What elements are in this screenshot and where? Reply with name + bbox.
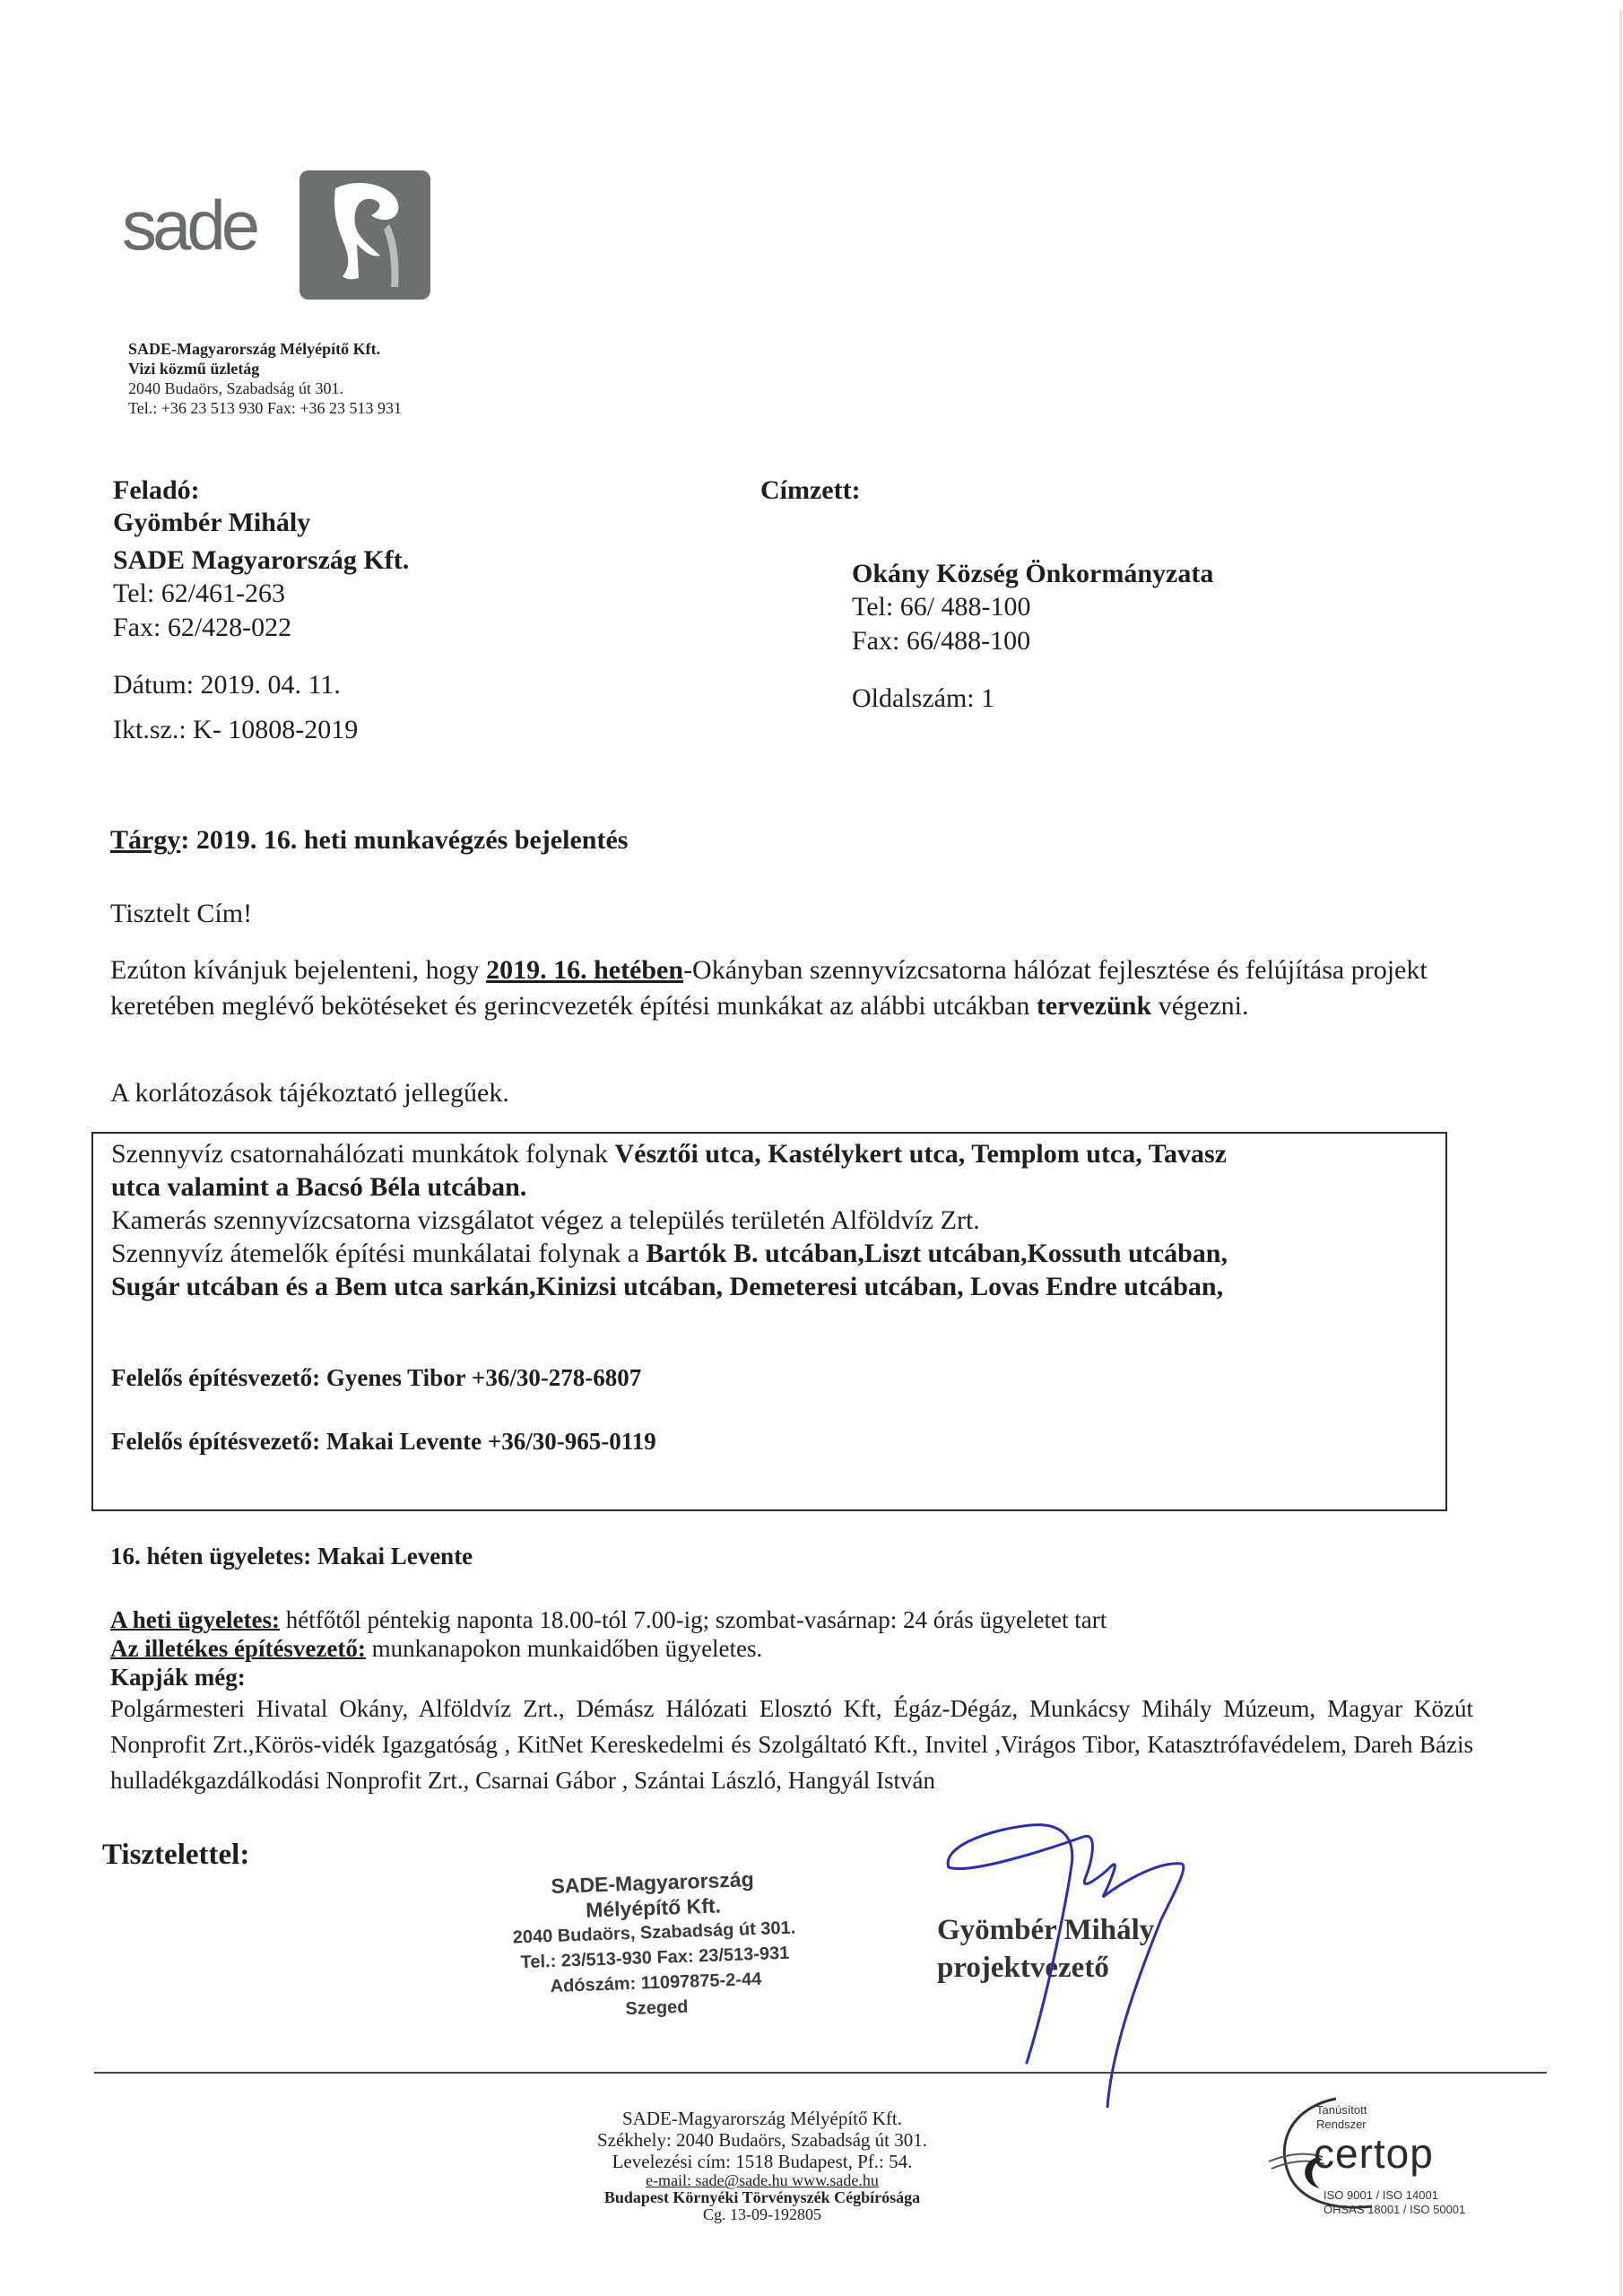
info-note: A korlátozások tájékoztató jellegűek.: [110, 1078, 509, 1109]
company-address: 2040 Budaörs, Szabadság út 301.: [128, 378, 402, 398]
recipient-tel: Tel: 66/ 488-100: [852, 590, 1213, 624]
sender-name: Gyömbér Mihály: [113, 507, 409, 539]
company-name: SADE-Magyarország Mélyépítő Kft.: [128, 340, 380, 358]
weekly-duty-label: A heti ügyeletes:: [110, 1606, 280, 1633]
sender-label: Feladó:: [113, 474, 409, 507]
sender-company: SADE Magyarország Kft.: [113, 544, 409, 577]
intro-pre: Ezúton kívánjuk bejelenteni, hogy: [110, 955, 486, 985]
sade-logo-icon: [299, 170, 430, 300]
cc-list: Polgármesteri Hivatal Okány, Alföldvíz Z…: [110, 1691, 1473, 1798]
sender-tel: Tel: 62/461-263: [113, 577, 409, 611]
cert-brand: certop: [1314, 2133, 1434, 2174]
subject-text: : 2019. 16. heti munkavégzés bejelentés: [180, 825, 628, 855]
intro-bold-end: tervezünk: [1037, 991, 1151, 1021]
works-line3: Kamerás szennyvízcsatorna vizsgálatot vé…: [111, 1204, 1228, 1237]
recipient-fax: Fax: 66/488-100: [852, 624, 1213, 658]
footer-mail-address: Levelezési cím: 1518 Budapest, Pf.: 54.: [538, 2151, 986, 2172]
cert-iso: ISO 9001 / ISO 14001 OHSAS 18001 / ISO 5…: [1324, 2188, 1465, 2217]
company-header: SADE-Magyarország Mélyépítő Kft. Vizi kö…: [128, 339, 402, 418]
responsible-manager-2: Felelős építésvezető: Makai Levente +36/…: [111, 1428, 656, 1456]
works-line2-streets: utca valamint a Bacsó Béla utcában.: [111, 1172, 526, 1202]
works-box: Szennyvíz csatornahálózati munkátok foly…: [91, 1132, 1447, 1511]
page-edge: [1619, 9, 1622, 2296]
cert-iso1: ISO 9001 / ISO 14001: [1324, 2188, 1465, 2203]
greeting: Tisztelt Cím!: [110, 899, 252, 929]
works-line1-streets: Vésztői utca, Kastélykert utca, Templom …: [615, 1139, 1227, 1169]
works-line5-streets: Sugár utcában és a Bem utca sarkán,Kiniz…: [111, 1272, 1223, 1301]
subject-label: Tárgy: [110, 825, 180, 855]
footer-seat: Székhely: 2040 Budaörs, Szabadság út 301…: [538, 2129, 986, 2151]
works-line4-streets: Bartók B. utcában,Liszt utcában,Kossuth …: [646, 1239, 1227, 1268]
handwritten-signature-icon: [933, 1812, 1219, 2108]
works-line1-pre: Szennyvíz csatornahálózati munkátok foly…: [111, 1139, 615, 1169]
footer-company: SADE-Magyarország Mélyépítő Kft.: [538, 2108, 986, 2129]
company-division: Vizi közmű üzletág: [128, 360, 259, 378]
company-stamp: SADE-Magyarország Mélyépítő Kft. 2040 Bu…: [482, 1864, 828, 2026]
intro-end: végezni.: [1151, 991, 1248, 1021]
cert-caption: Tanúsított Rendszer: [1316, 2103, 1367, 2132]
regards: Tisztelettel:: [102, 1839, 249, 1872]
sender-fax: Fax: 62/428-022: [113, 611, 409, 645]
footer-contact-link[interactable]: e-mail: sade@sade.hu www.sade.hu: [646, 2171, 879, 2189]
duty-notes: A heti ügyeletes: hétfőtől péntekig napo…: [110, 1605, 1107, 1692]
cert-iso2: OHSAS 18001 / ISO 50001: [1324, 2203, 1465, 2217]
page-number: Oldalszám: 1: [852, 682, 1213, 716]
intro-week: 2019. 16. hetében: [486, 955, 683, 985]
footer-block: SADE-Magyarország Mélyépítő Kft. Székhel…: [538, 2108, 986, 2223]
recipient-label: Címzett:: [760, 474, 861, 507]
footer-reg-no: Cg. 13-09-192805: [538, 2206, 986, 2223]
letter-date: Dátum: 2019. 04. 11.: [113, 668, 409, 702]
sade-logo-text: sade: [122, 190, 256, 260]
cert-line1: Tanúsított: [1316, 2103, 1367, 2118]
manager-duty-text: munkanapokon munkaidőben ügyeletes.: [366, 1635, 762, 1662]
footer-court: Budapest Környéki Törvényszék Cégbíróság…: [538, 2189, 986, 2206]
weekly-duty-text: hétfőtől péntekig naponta 18.00-tól 7.00…: [280, 1606, 1107, 1633]
cc-label: Kapják még:: [110, 1664, 246, 1691]
manager-duty-label: Az illetékes építésvezető:: [110, 1635, 366, 1662]
works-line4-pre: Szennyvíz átemelők építési munkálatai fo…: [111, 1239, 646, 1268]
responsible-manager-1: Felelős építésvezető: Gyenes Tibor +36/3…: [111, 1364, 641, 1392]
reference-number: Ikt.sz.: K- 10808-2019: [113, 713, 409, 747]
works-lines: Szennyvíz csatornahálózati munkátok foly…: [111, 1137, 1228, 1303]
week-duty: 16. héten ügyeletes: Makai Levente: [110, 1543, 473, 1570]
company-phone-fax: Tel.: +36 23 513 930 Fax: +36 23 513 931: [128, 398, 402, 418]
intro-paragraph: Ezúton kívánjuk bejelenteni, hogy 2019. …: [110, 952, 1509, 1024]
recipient-block: Okány Község Önkormányzata Tel: 66/ 488-…: [852, 558, 1213, 716]
subject-line: Tárgy: 2019. 16. heti munkavégzés bejele…: [110, 825, 628, 856]
recipient-name: Okány Község Önkormányzata: [852, 558, 1213, 590]
sender-block: Feladó: Gyömbér Mihály SADE Magyarország…: [113, 474, 409, 747]
